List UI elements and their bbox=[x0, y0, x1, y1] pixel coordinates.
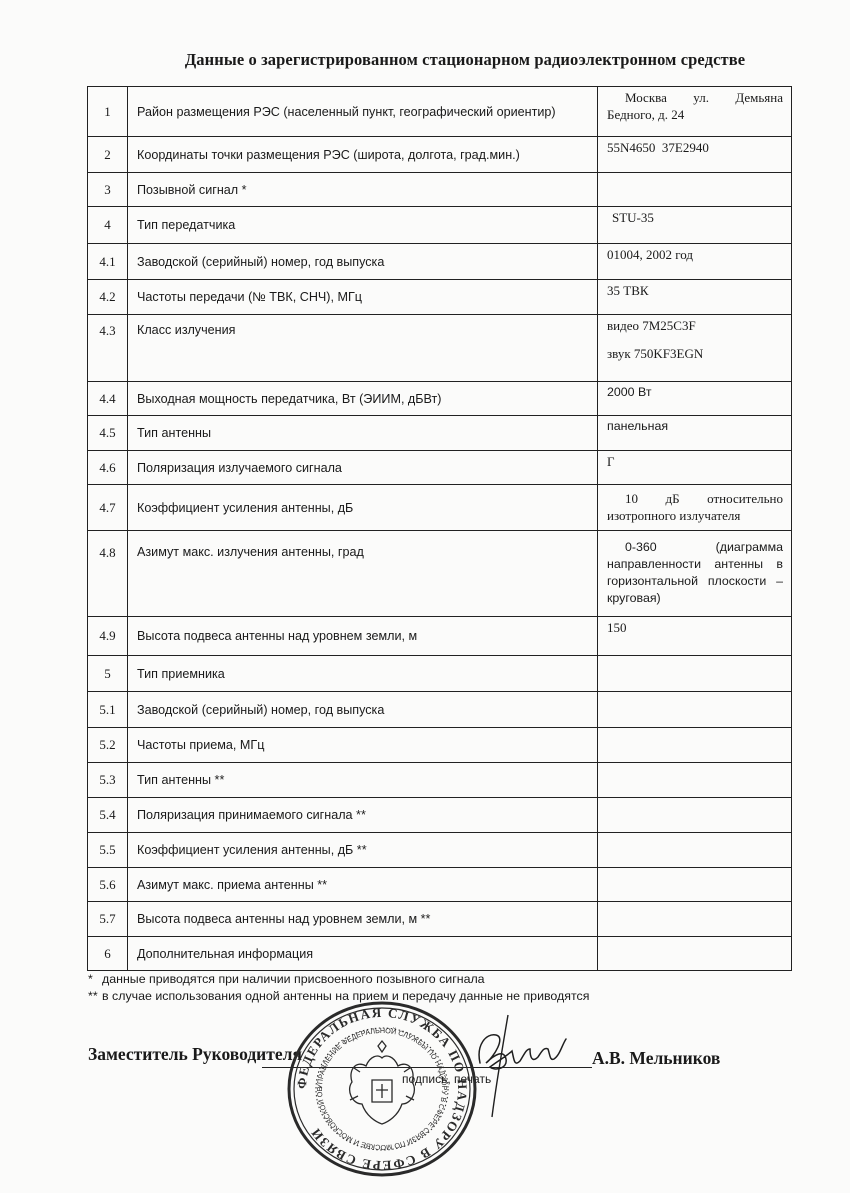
row-value: 35 ТВК bbox=[598, 280, 792, 315]
row-value: Г bbox=[598, 451, 792, 485]
row-parameter: Дополнительная информация bbox=[128, 937, 598, 971]
table-row: 4.8 Азимут макс. излучения антенны, град… bbox=[88, 531, 792, 617]
row-value bbox=[598, 868, 792, 902]
row-value: 2000 Вт bbox=[598, 382, 792, 416]
row-value bbox=[598, 656, 792, 692]
row-parameter: Частоты приема, МГц bbox=[128, 728, 598, 763]
row-value: видео 7M25C3F звук 750KF3EGN bbox=[598, 315, 792, 382]
row-number: 5.2 bbox=[88, 728, 128, 763]
row-parameter: Заводской (серийный) номер, год выпуска bbox=[128, 244, 598, 280]
row-number: 5.4 bbox=[88, 798, 128, 833]
row-parameter: Тип приемника bbox=[128, 656, 598, 692]
registration-table: 1 Район размещения РЭС (населенный пункт… bbox=[87, 86, 792, 971]
table-row: 4.5 Тип антенны панельная bbox=[88, 416, 792, 451]
row-value: 55N4650 37E2940 bbox=[598, 137, 792, 173]
table-row: 4.3 Класс излучения видео 7M25C3F звук 7… bbox=[88, 315, 792, 382]
table-row: 5 Тип приемника bbox=[88, 656, 792, 692]
table-row: 5.4 Поляризация принимаемого сигнала ** bbox=[88, 798, 792, 833]
row-number: 4.8 bbox=[88, 531, 128, 617]
row-parameter: Высота подвеса антенны над уровнем земли… bbox=[128, 902, 598, 937]
row-number: 3 bbox=[88, 173, 128, 207]
row-parameter: Азимут макс. излучения антенны, град bbox=[128, 531, 598, 617]
signatory-position: Заместитель Руководителя bbox=[88, 1044, 302, 1065]
row-parameter: Позывной сигнал * bbox=[128, 173, 598, 207]
row-value: STU-35 bbox=[598, 207, 792, 244]
row-parameter: Коэффициент усиления антенны, дБ ** bbox=[128, 833, 598, 868]
row-number: 4.9 bbox=[88, 617, 128, 656]
row-parameter: Заводской (серийный) номер, год выпуска bbox=[128, 692, 598, 728]
row-number: 4.7 bbox=[88, 485, 128, 531]
row-parameter: Координаты точки размещения РЭС (широта,… bbox=[128, 137, 598, 173]
table-row: 5.6 Азимут макс. приема антенны ** bbox=[88, 868, 792, 902]
row-parameter: Коэффициент усиления антенны, дБ bbox=[128, 485, 598, 531]
table-row: 6 Дополнительная информация bbox=[88, 937, 792, 971]
row-parameter: Район размещения РЭС (населенный пункт, … bbox=[128, 87, 598, 137]
table-row: 4.6 Поляризация излучаемого сигнала Г bbox=[88, 451, 792, 485]
table-row: 5.5 Коэффициент усиления антенны, дБ ** bbox=[88, 833, 792, 868]
table-row: 4.7 Коэффициент усиления антенны, дБ 10 … bbox=[88, 485, 792, 531]
table-row: 4.9 Высота подвеса антенны над уровнем з… bbox=[88, 617, 792, 656]
table-row: 4 Тип передатчика STU-35 bbox=[88, 207, 792, 244]
handwritten-signature-icon bbox=[450, 1005, 570, 1125]
row-value: панельная bbox=[598, 416, 792, 451]
document-title: Данные о зарегистрированном стационарном… bbox=[0, 50, 850, 70]
table-row: 5.7 Высота подвеса антенны над уровнем з… bbox=[88, 902, 792, 937]
row-number: 2 bbox=[88, 137, 128, 173]
row-parameter: Поляризация излучаемого сигнала bbox=[128, 451, 598, 485]
row-number: 4 bbox=[88, 207, 128, 244]
row-value bbox=[598, 692, 792, 728]
row-number: 4.6 bbox=[88, 451, 128, 485]
table-row: 5.2 Частоты приема, МГц bbox=[88, 728, 792, 763]
row-number: 5.3 bbox=[88, 763, 128, 798]
row-number: 1 bbox=[88, 87, 128, 137]
row-number: 5.5 bbox=[88, 833, 128, 868]
row-parameter: Тип передатчика bbox=[128, 207, 598, 244]
row-value: 0-360 (диаграмма направленности антенны … bbox=[598, 531, 792, 617]
row-number: 5.7 bbox=[88, 902, 128, 937]
emission-class-audio: звук 750KF3EGN bbox=[607, 345, 783, 362]
row-value: 150 bbox=[598, 617, 792, 656]
table-row: 5.3 Тип антенны ** bbox=[88, 763, 792, 798]
row-number: 4.5 bbox=[88, 416, 128, 451]
row-number: 4.4 bbox=[88, 382, 128, 416]
row-parameter: Азимут макс. приема антенны ** bbox=[128, 868, 598, 902]
table-row: 4.2 Частоты передачи (№ ТВК, СНЧ), МГц 3… bbox=[88, 280, 792, 315]
table-row: 1 Район размещения РЭС (населенный пункт… bbox=[88, 87, 792, 137]
row-parameter: Поляризация принимаемого сигнала ** bbox=[128, 798, 598, 833]
row-number: 6 bbox=[88, 937, 128, 971]
table-row: 5.1 Заводской (серийный) номер, год выпу… bbox=[88, 692, 792, 728]
row-value: 01004, 2002 год bbox=[598, 244, 792, 280]
footnote-text: данные приводятся при наличии присвоенно… bbox=[102, 972, 485, 986]
row-value bbox=[598, 173, 792, 207]
row-value: 10 дБ относительно изотропного излучател… bbox=[598, 485, 792, 531]
footnote-mark: * bbox=[88, 971, 102, 988]
signatory-name: А.В. Мельников bbox=[592, 1048, 720, 1069]
footnote: *данные приводятся при наличии присвоенн… bbox=[88, 971, 589, 988]
row-parameter: Частоты передачи (№ ТВК, СНЧ), МГц bbox=[128, 280, 598, 315]
row-number: 4.2 bbox=[88, 280, 128, 315]
table-row: 2 Координаты точки размещения РЭС (широт… bbox=[88, 137, 792, 173]
row-value bbox=[598, 833, 792, 868]
row-number: 5 bbox=[88, 656, 128, 692]
row-parameter: Класс излучения bbox=[128, 315, 598, 382]
row-number: 5.6 bbox=[88, 868, 128, 902]
row-value bbox=[598, 798, 792, 833]
row-value bbox=[598, 728, 792, 763]
row-parameter: Выходная мощность передатчика, Вт (ЭИИМ,… bbox=[128, 382, 598, 416]
row-number: 4.1 bbox=[88, 244, 128, 280]
row-value bbox=[598, 937, 792, 971]
row-number: 4.3 bbox=[88, 315, 128, 382]
emission-class-video: видео 7M25C3F bbox=[607, 317, 783, 334]
row-parameter: Тип антенны ** bbox=[128, 763, 598, 798]
footnote-mark: ** bbox=[88, 988, 102, 1005]
table-row: 4.1 Заводской (серийный) номер, год выпу… bbox=[88, 244, 792, 280]
row-value bbox=[598, 763, 792, 798]
table-row: 4.4 Выходная мощность передатчика, Вт (Э… bbox=[88, 382, 792, 416]
row-parameter: Тип антенны bbox=[128, 416, 598, 451]
row-value bbox=[598, 902, 792, 937]
table-row: 3 Позывной сигнал * bbox=[88, 173, 792, 207]
row-value: Москва ул. Демьяна Бедного, д. 24 bbox=[598, 87, 792, 137]
row-parameter: Высота подвеса антенны над уровнем земли… bbox=[128, 617, 598, 656]
row-number: 5.1 bbox=[88, 692, 128, 728]
